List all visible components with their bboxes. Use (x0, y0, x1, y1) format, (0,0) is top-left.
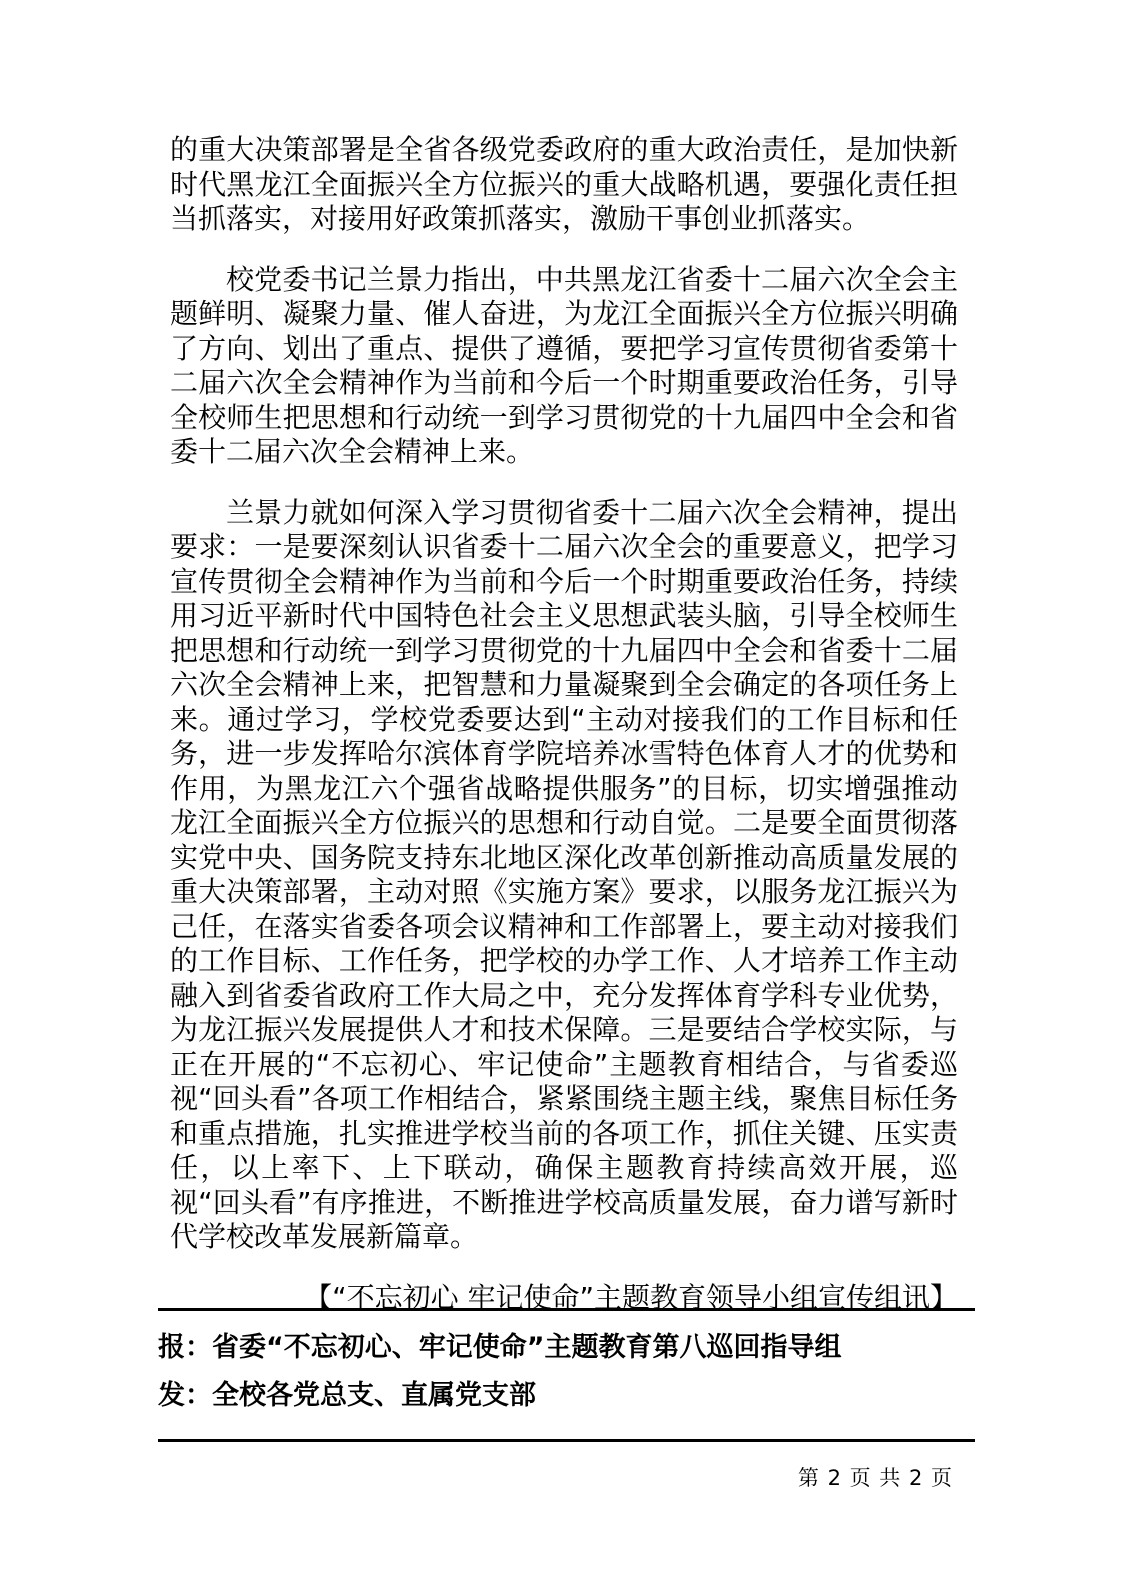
page-footer: 第 2 页 共 2 页 (798, 1462, 953, 1492)
page-number-text: 第 2 页 共 2 页 (798, 1466, 953, 1490)
document-body: 的重大决策部署是全省各级党委政府的重大政治责任，是加快新时代黑龙江全面振兴全方位… (170, 133, 958, 1315)
issued-to-line: 发：全校各党总支、直属党支部 (158, 1379, 975, 1413)
distribution-block: 报：省委“不忘初心、牢记使命”主题教育第八巡回指导组 发：全校各党总支、直属党支… (158, 1308, 975, 1442)
paragraph-secretary-remarks: 校党委书记兰景力指出，中共黑龙江省委十二届六次全会主题鲜明、凝聚力量、催人奋进，… (170, 263, 958, 470)
document-page: 的重大决策部署是全省各级党委政府的重大政治责任，是加快新时代黑龙江全面振兴全方位… (0, 0, 1125, 1586)
paragraph-requirements: 兰景力就如何深入学习贯彻省委十二届六次全会精神，提出要求：一是要深刻认识省委十二… (170, 496, 958, 1255)
paragraph-continuation: 的重大决策部署是全省各级党委政府的重大政治责任，是加快新时代黑龙江全面振兴全方位… (170, 133, 958, 237)
report-to-line: 报：省委“不忘初心、牢记使命”主题教育第八巡回指导组 (158, 1331, 975, 1365)
